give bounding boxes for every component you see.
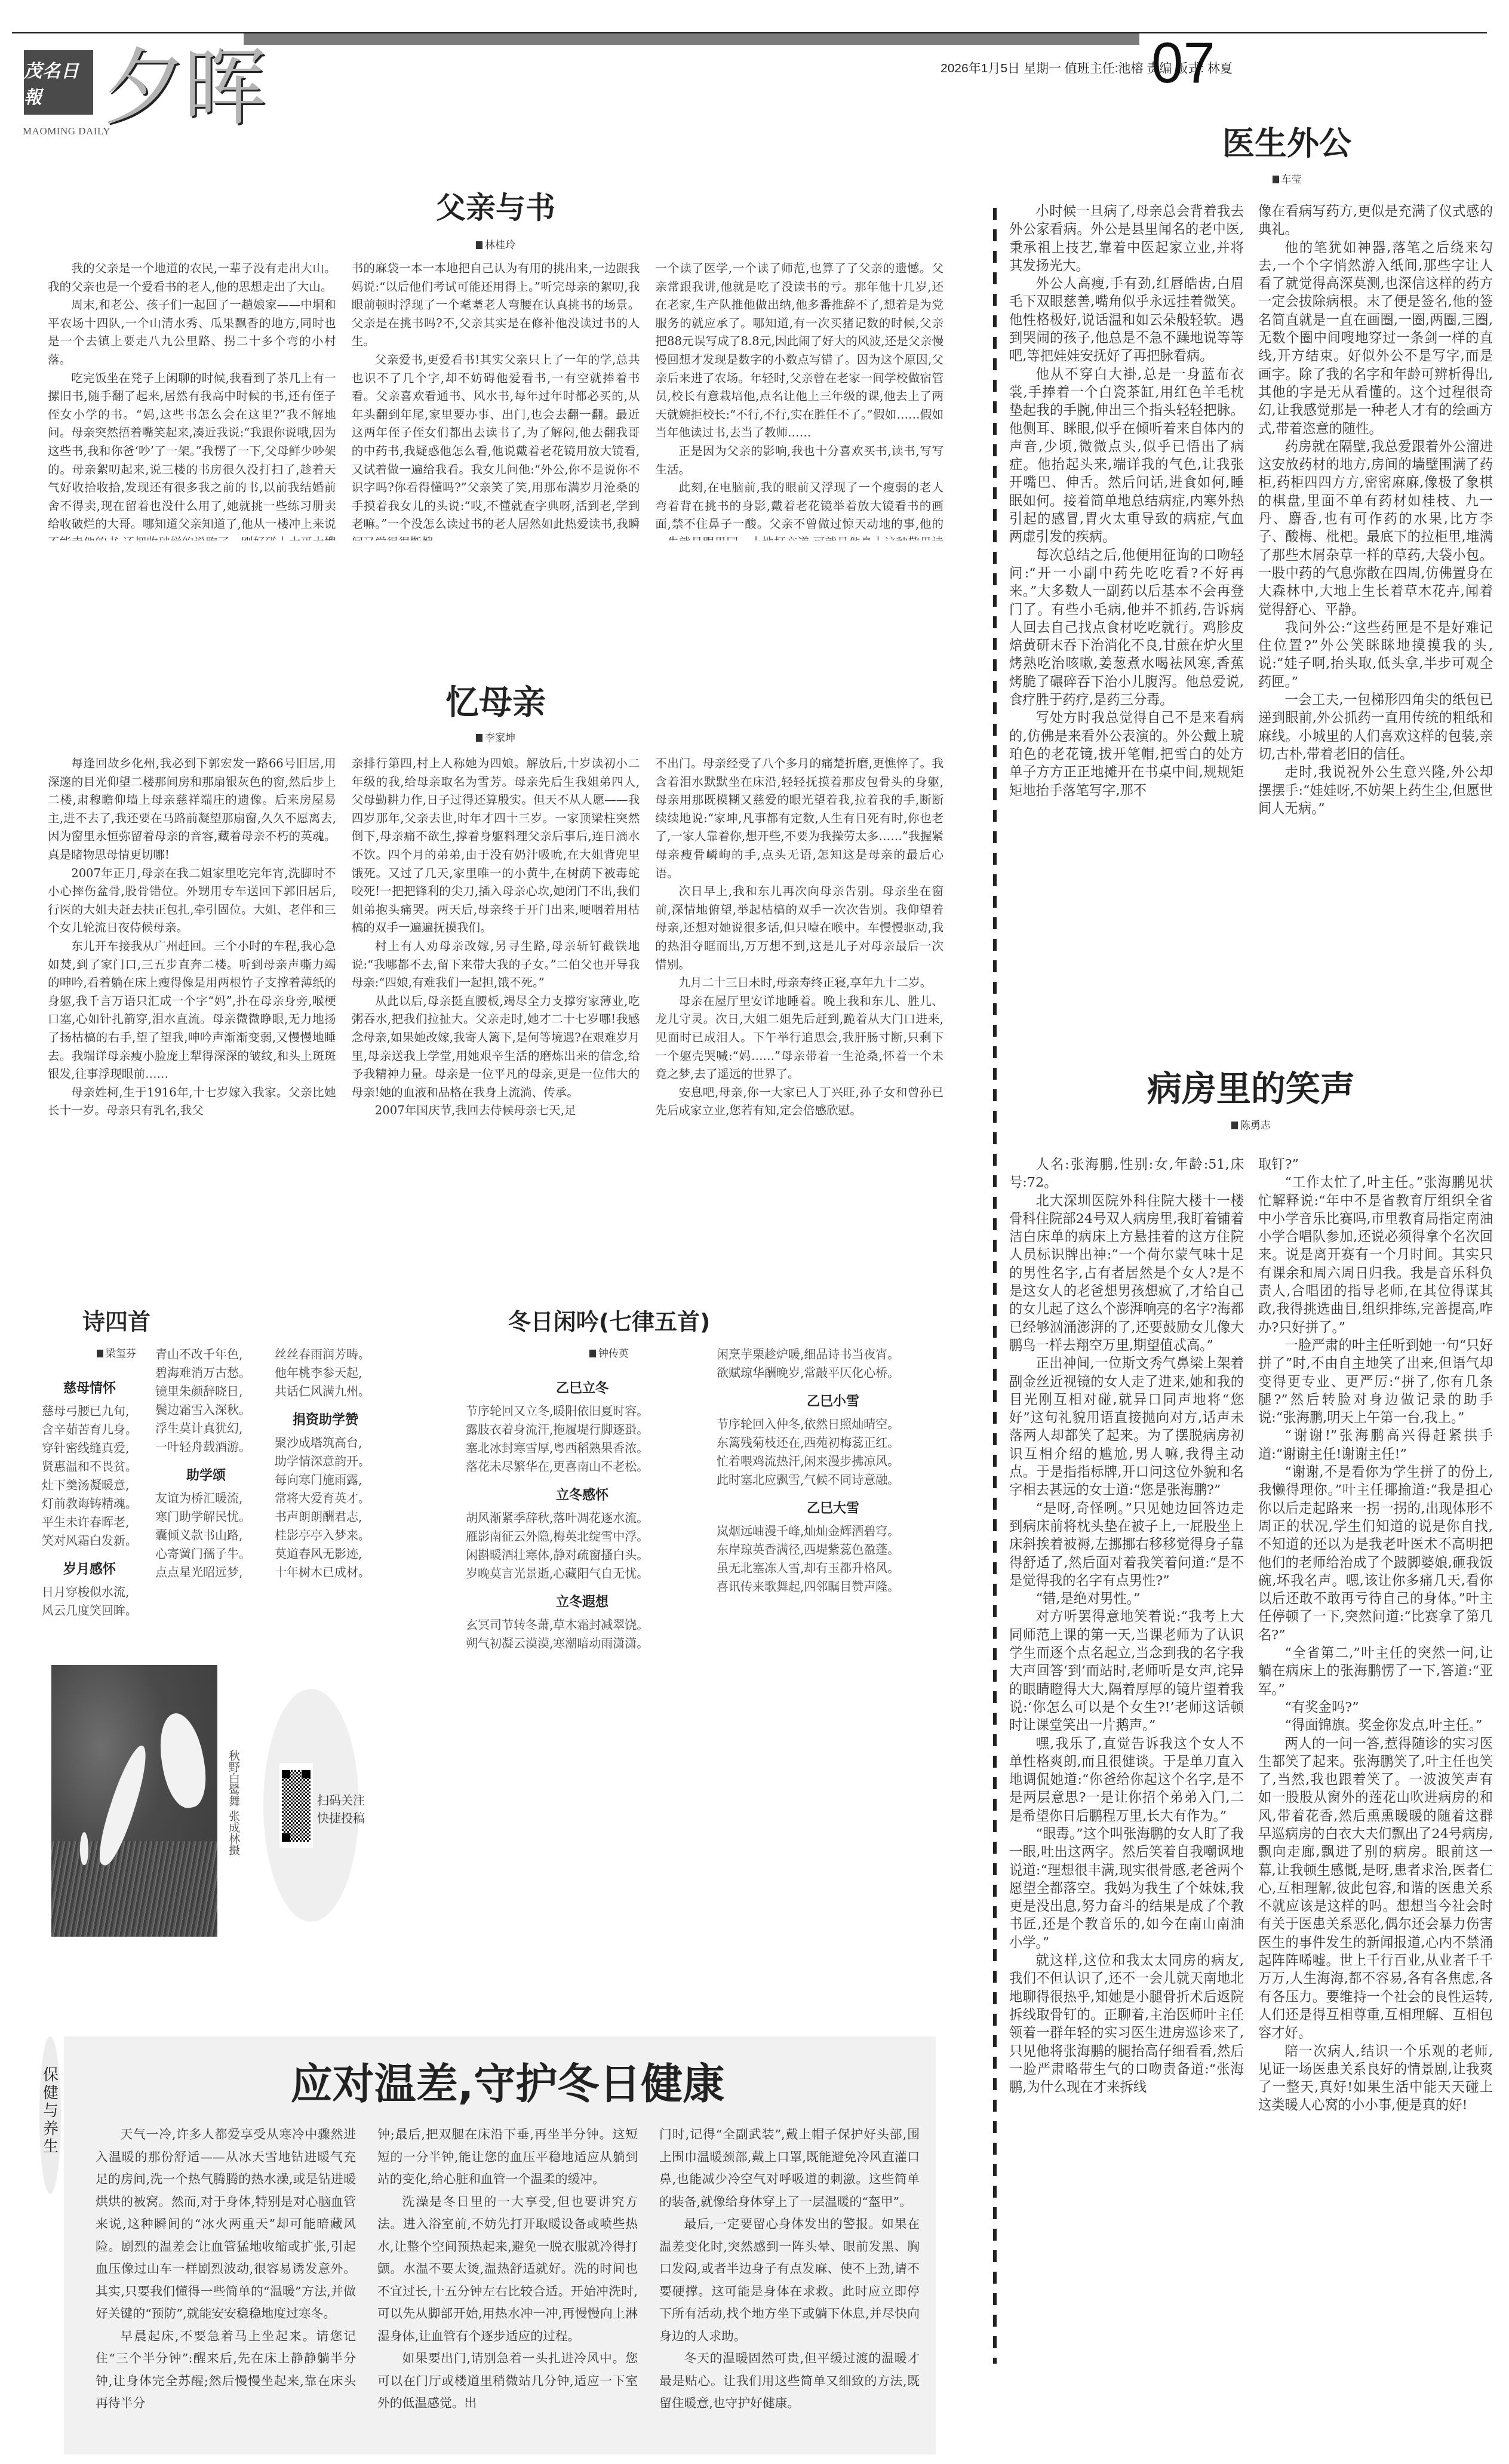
article-body: 人名:张海鹏,性别:女,年龄:51,床号:72。北大深圳医院外科住院大楼十一楼骨… — [1009, 1156, 1493, 2440]
paragraph: 最后,一定要留心身体发出的警报。如果在温差变化时,突然感到一阵头晕、眼前发黑、胸… — [659, 2213, 920, 2348]
poem-line: 莫道春风无影迹, — [275, 1545, 376, 1563]
health-section-label: 保健与养生 — [43, 2066, 57, 2156]
paragraph: 周末,和老公、孩子们一起回了一趟娘家——中垌和平农场十四队,一个山清水秀、瓜果飘… — [48, 296, 336, 369]
byline: 钟传英 — [466, 1345, 752, 1360]
article-title: 医生外公 — [1009, 125, 1493, 162]
poem-title: 岁月感怀 — [42, 1559, 137, 1577]
poem-lines: 丝丝春雨润芳畴。他年桃李参天起,共话仁风满九州。 — [275, 1345, 376, 1401]
paragraph: 药房就在隔壁,我总爱跟着外公溜进这安放药材的地方,房间的墙壁围满了药柜,药柜四四… — [1258, 438, 1493, 619]
photo-grass — [51, 1841, 217, 1937]
poem-line: 忙着喂鸡流热汗,闲来漫步拂凉风。 — [717, 1452, 949, 1471]
page-number: 07 — [1151, 35, 1215, 92]
paragraph: “全省第二,”叶主任的突然一问,让躺在病床上的张海鹏愣了一下,答道:“亚军。” — [1258, 1644, 1493, 1698]
byline: 车莹 — [1009, 171, 1493, 186]
author-name: 李家坤 — [485, 732, 515, 744]
author-name: 车莹 — [1281, 174, 1302, 186]
poem-column: 乙巳立冬 节序轮回又立冬,暖阳依旧夏时容。露肢衣着身流汗,拖履堤行脚逐蛩。塞北冰… — [466, 1374, 699, 1653]
paragraph: 吃完饭坐在凳子上闲聊的时候,我看到了茶几上有一摞旧书,随手翻了起来,居然有我高中… — [48, 370, 336, 540]
author-name: 梁玺芬 — [106, 1348, 136, 1360]
paragraph: 他的笔犹如神器,落笔之后绕来勾去,一个个字悄然游入纸间,那些字让人看了就觉得高深… — [1258, 239, 1493, 438]
article-body: 每逢回故乡化州,我必到下郭宏发一路66号旧居,用深邃的目光仰望二楼那间房和那扇银… — [48, 755, 943, 1233]
paragraph: 天气一冷,许多人都爱享受从寒冷中骤然进入温暖的那份舒适——从冰天雪地钻进暖气充足… — [96, 2124, 356, 2325]
poem-line: 朔气初凝云漠漠,寒潮暗动雨潇潇。 — [466, 1635, 699, 1653]
paragraph: “得面锦旗。奖金你发点,叶主任。” — [1258, 1716, 1493, 1734]
paragraph: “是呀,奇怪咧。”只见她边回答边走到病床前将枕头垫在被子上,一屁股坐上床斜挨着被… — [1009, 1500, 1244, 1590]
byline: 陈勇志 — [1009, 1117, 1493, 1132]
poem-line: 镜里朱颜辞晓日, — [155, 1382, 257, 1401]
poem-line: 雁影南征云外隐,梅英北绽雪中浮。 — [466, 1528, 699, 1546]
poem-line: 慈母弓腰已九旬, — [42, 1402, 137, 1421]
article-column: 不出门。母亲经受了八个多月的痛楚折磨,更憔悴了。我含着泪水默默坐在床沿,轻轻抚摸… — [655, 755, 943, 1233]
section-title: 夕晖 — [103, 47, 263, 130]
article-health: 应对温差,守护冬日健康 天气一冷,许多人都爱享受从寒冷中骤然进入温暖的那份舒适—… — [96, 2059, 920, 2434]
paragraph: 外公人高瘦,手有劲,红唇皓齿,白眉毛下双眼慈善,嘴角似乎永远挂着微笑。他性格极好… — [1009, 275, 1244, 365]
poem-lines: 闲烹芋栗趁炉暖,细品诗书当夜宵。欲赋琼华酬晚岁,常敲平仄化心桥。 — [717, 1345, 949, 1382]
article-column: 钟;最后,把双腿在床沿下垂,再坐半分钟。这短短的一分半钟,能让您的血压平稳地适应… — [377, 2124, 638, 2434]
poem-line: 岚烟远岫漫千峰,灿灿金辉洒碧穹。 — [717, 1522, 949, 1541]
article-title: 父亲与书 — [48, 190, 943, 226]
poem-line: 东岸琼英香满径,西堤紫蕊色盈蓬。 — [717, 1541, 949, 1559]
masthead-bar — [244, 33, 1139, 45]
poem-line: 东篱残菊枝还在,西苑初梅蕊正红。 — [717, 1434, 949, 1452]
poem-line: 塞北冰封寒雪厚,粤西稻熟果香浓。 — [466, 1439, 699, 1458]
poem-line: 丝丝春雨润芳畴。 — [275, 1345, 376, 1364]
poem-line: 落花未尽繁华在,更喜南山不老松。 — [466, 1458, 699, 1476]
qr-label-line: 扫码关注 — [317, 1792, 365, 1809]
photo-caption: 秋野白鹭舞 张成林摄 — [225, 1750, 240, 1855]
poem-line: 风云几度笑回眸。 — [42, 1602, 137, 1620]
poem-lines: 胡风渐紧季辞秋,落叶凋花逐水流。雁影南征云外隐,梅英北绽雪中浮。闲斟暖酒壮寒体,… — [466, 1509, 699, 1583]
poem-line: 十年树木已成材。 — [275, 1563, 376, 1582]
author-name: 钟传英 — [598, 1348, 629, 1360]
author-name: 陈勇志 — [1240, 1120, 1271, 1132]
article-title: 冬日闲吟(七律五首) — [466, 1308, 752, 1335]
paragraph: 亲排行第四,村上人称她为四娘。解放后,十岁读初小二年级的我,给母亲取名为雪芳。母… — [352, 755, 640, 938]
paragraph: 一个读了医学,一个读了师范,也算了了父亲的遗憾。父亲常跟我讲,他就是吃了没读书的… — [655, 260, 943, 443]
poem-title: 乙巳大雪 — [717, 1498, 949, 1516]
poem-column: 丝丝春雨润芳畴。他年桃李参天起,共话仁风满九州。 捐资助学赞 聚沙成塔筑高台,助… — [275, 1345, 376, 1620]
poem-lines: 友谊为桥汇暖流,寒门助学解民忧。囊倾义款书山路,心寄黉门孺子牛。点点星光昭远梦, — [155, 1489, 257, 1582]
poem-columns: 乙巳立冬 节序轮回又立冬,暖阳依旧夏时容。露肢衣着身流汗,拖履堤行脚逐蛩。塞北冰… — [466, 1374, 955, 1653]
poem-column: 青山不改千年色,碧海难消万古愁。镜里朱颜辞晓日,鬓边霜雪入深秋。浮生莫计真犹幻,… — [155, 1345, 257, 1620]
paragraph: 走时,我说祝外公生意兴隆,外公却摆摆手:“娃娃呀,不妨架上药生尘,但愿世间人无病… — [1258, 763, 1493, 818]
paragraph: 每逢回故乡化州,我必到下郭宏发一路66号旧居,用深邃的目光仰望二楼那间房和那扇银… — [48, 755, 336, 865]
poem-line: 含辛茹苦育儿身。 — [42, 1421, 137, 1439]
poem-line: 桂影亭亭入梦来。 — [275, 1526, 376, 1545]
poem-title: 乙巳立冬 — [466, 1378, 699, 1396]
paragraph: 从此以后,母亲挺直腰板,竭尽全力支撑穷家薄业,吃粥吞水,把我们拉扯大。父亲走时,… — [352, 993, 640, 1102]
poem-line: 囊倾义款书山路, — [155, 1526, 257, 1545]
paragraph: 父亲爱书,更爱看书!其实父亲只上了一年的学,总共也识不了几个字,却不妨碍他爱看书… — [352, 351, 640, 540]
paragraph: 人名:张海鹏,性别:女,年龄:51,床号:72。 — [1009, 1156, 1244, 1192]
article-title: 诗四首 — [42, 1308, 191, 1335]
poem-line: 点点星光昭远梦, — [155, 1563, 257, 1582]
poem-line: 聚沙成塔筑高台, — [275, 1434, 376, 1452]
article-four-poems: 诗四首 梁玺芬 慈母情怀 慈母弓腰已九旬,含辛茹苦育儿身。穿针密线缝真爱,贤惠温… — [42, 1308, 400, 1620]
poem-lines: 青山不改千年色,碧海难消万古愁。镜里朱颜辞晓日,鬓边霜雪入深秋。浮生莫计真犹幻,… — [155, 1345, 257, 1457]
poem-column: 慈母情怀 慈母弓腰已九旬,含辛茹苦育儿身。穿针密线缝真爱,贤惠温和不畏贫。灶下羹… — [42, 1374, 137, 1620]
paragraph: 2007年国庆节,我回去侍候母亲七天,足 — [352, 1102, 640, 1120]
paragraph: 母亲姓柯,生于1916年,十七岁嫁入我家。父亲比她长十一岁。母亲只有乳名,我父 — [48, 1084, 336, 1120]
paragraph: 钟;最后,把双腿在床沿下垂,再坐半分钟。这短短的一分半钟,能让您的血压平稳地适应… — [377, 2124, 638, 2191]
article-column: 小时候一旦病了,母亲总会背着我去外公家看病。外公是县里闻名的老中医,秉承祖上技艺… — [1009, 202, 1244, 937]
article-winter-poems: 冬日闲吟(七律五首) 钟传英 乙巳立冬 节序轮回又立冬,暖阳依旧夏时容。露肢衣着… — [466, 1308, 955, 1653]
poem-line: 常将大爱育英才。 — [275, 1489, 376, 1508]
paragraph: 此刻,在电脑前,我的眼前又浮现了一个瘦弱的老人弯着背在挑书的身影,戴着老花镜举着… — [655, 479, 943, 540]
poem-line: 青山不改千年色, — [155, 1345, 257, 1364]
egret-photo — [51, 1665, 217, 1937]
article-column: 像在看病写药方,更似是充满了仪式感的典礼。他的笔犹如神器,落笔之后绕来勾去,一个… — [1258, 202, 1493, 937]
paragraph: 正出神间,一位斯文秀气鼻梁上架着副金丝近视镜的女人走了进来,她和我的目光刚互相对… — [1009, 1354, 1244, 1499]
poem-line: 友谊为桥汇暖流, — [155, 1489, 257, 1508]
poem-line: 贤惠温和不畏贫。 — [42, 1458, 137, 1476]
paragraph: “错,是绝对男性。” — [1009, 1590, 1244, 1608]
paragraph: 两人的一问一答,惹得随诊的实习医生都笑了起来。张海鹏笑了,叶主任也笑了,当然,我… — [1258, 1735, 1493, 2042]
paragraph: “有奖金吗?” — [1258, 1698, 1493, 1716]
poem-line: 欲赋琼华酬晚岁,常敲平仄化心桥。 — [717, 1364, 949, 1382]
article-body: 小时候一旦病了,母亲总会背着我去外公家看病。外公是县里闻名的老中医,秉承祖上技艺… — [1009, 202, 1493, 937]
paragraph: 正是因为父亲的影响,我也十分喜欢买书,读书,写写生活。 — [655, 443, 943, 479]
paragraph: 村上有人劝母亲改嫁,另寻生路,母亲斩钉截铁地说:“我哪都不去,留下来带大我的子女… — [352, 938, 640, 993]
paragraph: 早晨起床,不要急着马上坐起来。请您记住“三个半分钟”:醒来后,先在床上静静躺半分… — [96, 2325, 356, 2415]
byline-marker-icon — [476, 734, 482, 742]
qr-code-icon — [282, 1770, 311, 1842]
poem-line: 节序轮回入仲冬,依然日照灿晴空。 — [717, 1415, 949, 1434]
article-column: 亲排行第四,村上人称她为四娘。解放后,十岁读初小二年级的我,给母亲取名为雪芳。母… — [352, 755, 640, 1233]
poem-lines: 聚沙成塔筑高台,助学情深意韵开。每向寒门施雨露,常将大爱育英才。书声朗朗酬君志,… — [275, 1434, 376, 1582]
byline-marker-icon — [476, 241, 482, 249]
poem-line: 玄冥司节转冬萧,草木霜封减翠饶。 — [466, 1616, 699, 1635]
poem-line: 每向寒门施雨露, — [275, 1471, 376, 1489]
poem-line: 虽无北塞冻人雪,却有玉都升格风。 — [717, 1559, 949, 1578]
article-column: 门时,记得“全副武装”,戴上帽子保护好头部,围上围巾温暖颈部,戴上口罩,既能避免… — [659, 2124, 920, 2434]
paragraph: 东儿开车接我从广州赶回。三个小时的车程,我心急如焚,到了家门口,三五步直奔二楼。… — [48, 938, 336, 1084]
paragraph: 我问外公:“这些药匣是不是好难记住位置?”外公笑眯眯地摸摸我的头,说:“娃子啊,… — [1258, 619, 1493, 691]
poem-line: 日月穿梭似水流, — [42, 1583, 137, 1602]
article-column: 人名:张海鹏,性别:女,年龄:51,床号:72。北大深圳医院外科住院大楼十一楼骨… — [1009, 1156, 1244, 2440]
article-ward-laughter: 病房里的笑声 陈勇志 人名:张海鹏,性别:女,年龄:51,床号:72。北大深圳医… — [1009, 1069, 1493, 2440]
paragraph: 2007年正月,母亲在我二姐家里吃完年宵,洗脚时不小心摔伤盆骨,股骨错位。外甥用… — [48, 865, 336, 938]
poem-column: 闲烹芋栗趁炉暖,细品诗书当夜宵。欲赋琼华酬晚岁,常敲平仄化心桥。 乙巳小雪 节序… — [717, 1345, 949, 1653]
poem-title: 立冬感怀 — [466, 1485, 699, 1503]
poem-lines: 慈母弓腰已九旬,含辛茹苦育儿身。穿针密线缝真爱,贤惠温和不畏贫。灶下羹汤凝暖意,… — [42, 1402, 137, 1550]
poem-line: 一叶轻舟载酒游。 — [155, 1438, 257, 1457]
paragraph: 母亲在屋厅里安详地睡着。晚上我和东儿、胜儿、龙儿守灵。次日,大姐二姐先后赶到,跪… — [655, 993, 943, 1084]
paragraph: 一会工夫,一包梯形四角尖的纸包已递到眼前,外公抓药一直用传统的粗纸和麻线。小城里… — [1258, 691, 1493, 763]
article-doctor-grandpa: 医生外公 车莹 小时候一旦病了,母亲总会背着我去外公家看病。外公是县里闻名的老中… — [1009, 125, 1493, 937]
poem-line: 鬓边霜雪入深秋。 — [155, 1401, 257, 1420]
poem-lines: 节序轮回又立冬,暖阳依旧夏时容。露肢衣着身流汗,拖履堤行脚逐蛩。塞北冰封寒雪厚,… — [466, 1402, 699, 1476]
poem-line: 浮生莫计真犹幻, — [155, 1420, 257, 1438]
poem-title: 捐资助学赞 — [275, 1409, 376, 1428]
logo-english: MAOMING DAILY — [23, 125, 96, 137]
poem-title: 慈母情怀 — [42, 1378, 137, 1396]
poem-line: 平生未许春晖老, — [42, 1513, 137, 1532]
paragraph: 北大深圳医院外科住院大楼十一楼骨科住院部24号双人病房里,我盯着铺着洁白床单的病… — [1009, 1192, 1244, 1355]
byline: 林桂玲 — [48, 236, 943, 251]
byline-marker-icon — [589, 1350, 596, 1357]
poem-line: 岁晚莫言光景逝,心藏阳气自无忧。 — [466, 1565, 699, 1583]
poem-line: 灯前教诲铸精魂。 — [42, 1495, 137, 1513]
poem-line: 寒门助学解民忧。 — [155, 1508, 257, 1526]
poem-line: 灶下羹汤凝暖意, — [42, 1476, 137, 1495]
article-column: 书的麻袋一本一本地把自己认为有用的挑出来,一边跟我妈说:“以后他们考试可能还用得… — [352, 260, 640, 540]
poem-line: 节序轮回又立冬,暖阳依旧夏时容。 — [466, 1402, 699, 1421]
article-title: 应对温差,守护冬日健康 — [96, 2059, 920, 2109]
paragraph: “工作太忙了,叶主任。”张海鹏见状忙解释说:“年中不是省教育厅组织全省中小学音乐… — [1258, 1173, 1493, 1337]
paragraph: 就这样,这位和我太太同房的病友,我们不但认识了,还不一会儿就天南地北地聊得很热乎… — [1009, 1952, 1244, 2096]
article-title: 忆母亲 — [48, 684, 943, 722]
paragraph: 不出门。母亲经受了八个多月的痛楚折磨,更憔悴了。我含着泪水默默坐在床沿,轻轻抚摸… — [655, 755, 943, 883]
article-column: 天气一冷,许多人都爱享受从寒冷中骤然进入温暖的那份舒适——从冰天雪地钻进暖气充足… — [96, 2124, 356, 2434]
paragraph: 小时候一旦病了,母亲总会背着我去外公家看病。外公是县里闻名的老中医,秉承祖上技艺… — [1009, 202, 1244, 275]
paragraph: 冬天的温暖固然可贵,但平缓过渡的温暖才最是贴心。让我们用这些简单又细致的方法,既… — [659, 2348, 920, 2415]
newspaper-logo: 茂名日報 — [24, 50, 93, 115]
poem-line: 露肢衣着身流汗,拖履堤行脚逐蛩。 — [466, 1421, 699, 1439]
article-column: 取钉?”“工作太忙了,叶主任。”张海鹏见状忙解释说:“年中不是省教育厅组织全省中… — [1258, 1156, 1493, 2440]
paragraph: 他从不穿白大褂,总是一身蓝布衣裳,手捧着一个白瓷茶缸,用红色羊毛枕垫起我的手腕,… — [1009, 365, 1244, 546]
paragraph: “谢谢!”张海鹏高兴得赶紧拱手道:“谢谢主任!谢谢主任!” — [1258, 1427, 1493, 1463]
paragraph: 写处方时我总觉得自己不是来看病的,仿佛是来看外公表演的。外公戴上琥珀色的老花镜,… — [1009, 709, 1244, 799]
byline-marker-icon — [1273, 176, 1279, 183]
byline: 李家坤 — [48, 729, 943, 744]
logo-text: 茂名日報 — [24, 56, 93, 109]
poem-line: 碧海难消万古愁。 — [155, 1364, 257, 1382]
paragraph: 像在看病写药方,更似是充满了仪式感的典礼。 — [1258, 202, 1493, 239]
paragraph: 九月二十三日未时,母亲寿终正寝,享年九十二岁。 — [655, 974, 943, 993]
poem-lines: 玄冥司节转冬萧,草木霜封减翠饶。朔气初凝云漠漠,寒潮暗动雨潇潇。 — [466, 1616, 699, 1653]
poem-title: 助学颂 — [155, 1465, 257, 1483]
article-body: 我的父亲是一个地道的农民,一辈子没有走出大山。我的父亲也是一个爱看书的老人,他的… — [48, 260, 943, 540]
egret-figure — [80, 1832, 88, 1865]
paragraph: 洗澡是冬日里的一大享受,但也要讲究方法。进入浴室前,不妨先打开取暖设备或喷些热水… — [377, 2191, 638, 2348]
poem-lines: 岚烟远岫漫千峰,灿灿金辉洒碧穹。东岸琼英香满径,西堤紫蕊色盈蓬。虽无北塞冻人雪,… — [717, 1522, 949, 1596]
paragraph: 次日早上,我和东儿再次向母亲告别。母亲坐在窗前,深情地俯望,举起枯槁的双手一次次… — [655, 883, 943, 974]
byline-marker-icon — [97, 1350, 103, 1357]
paragraph: 门时,记得“全副武装”,戴上帽子保护好头部,围上围巾温暖颈部,戴上口罩,既能避免… — [659, 2124, 920, 2213]
poem-title: 立冬遐想 — [466, 1592, 699, 1610]
qr-code[interactable] — [279, 1763, 313, 1848]
poem-line: 此时塞北应飘雪,气候不同诗意融。 — [717, 1471, 949, 1489]
poem-line: 穿针密线缝真爱, — [42, 1439, 137, 1458]
paragraph: 我的父亲是一个地道的农民,一辈子没有走出大山。我的父亲也是一个爱看书的老人,他的… — [48, 260, 336, 296]
paragraph: 取钉?” — [1258, 1156, 1493, 1173]
author-name: 林桂玲 — [485, 239, 515, 251]
paragraph: 嘿,我乐了,直觉告诉我这个女人不单性格爽朗,而且很健谈。于是单刀直入地调侃她道:… — [1009, 1735, 1244, 1825]
poem-line: 闲斟暖酒壮寒体,静对疏窗搔白头。 — [466, 1546, 699, 1565]
paragraph: 陪一次病人,结识一个乐观的老师,见证一场医患关系良好的情景剧,让我爽了一整天,真… — [1258, 2042, 1493, 2115]
article-father-books: 父亲与书 林桂玲 我的父亲是一个地道的农民,一辈子没有走出大山。我的父亲也是一个… — [48, 190, 943, 540]
paragraph: 一脸严肃的叶主任听到她一句“只好拼了”时,不由自主地笑了出来,但语气却变得更专业… — [1258, 1337, 1493, 1427]
qr-label: 扫码关注 快捷投稿 — [317, 1792, 365, 1827]
article-column: 每逢回故乡化州,我必到下郭宏发一路66号旧居,用深邃的目光仰望二楼那间房和那扇银… — [48, 755, 336, 1233]
byline-marker-icon — [1231, 1122, 1238, 1129]
paragraph: 书的麻袋一本一本地把自己认为有用的挑出来,一边跟我妈说:“以后他们考试可能还用得… — [352, 260, 640, 351]
poem-columns: 慈母情怀 慈母弓腰已九旬,含辛茹苦育儿身。穿针密线缝真爱,贤惠温和不畏贫。灶下羹… — [42, 1374, 400, 1620]
paragraph: 对方听罢得意地笑着说:“我考上大同师范上课的第一天,当课老师为了认识学生而逐个点… — [1009, 1608, 1244, 1734]
poem-line: 心寄黉门孺子牛。 — [155, 1545, 257, 1563]
article-column: 我的父亲是一个地道的农民,一辈子没有走出大山。我的父亲也是一个爱看书的老人,他的… — [48, 260, 336, 540]
article-remember-mother: 忆母亲 李家坤 每逢回故乡化州,我必到下郭宏发一路66号旧居,用深邃的目光仰望二… — [48, 684, 943, 1233]
poem-title: 乙巳小雪 — [717, 1391, 949, 1409]
poem-line: 笑对风霜白发新。 — [42, 1532, 137, 1550]
qr-label-line: 快捷投稿 — [317, 1809, 365, 1827]
paragraph: 安息吧,母亲,你一大家已人丁兴旺,孙子女和曾孙已先后成家立业,您若有知,定会倍感… — [655, 1084, 943, 1120]
column-divider — [993, 208, 997, 2364]
poem-line: 共话仁风满九州。 — [275, 1382, 376, 1401]
paragraph: 如果要出门,请别急着一头扎进冷风中。您可以在门厅或楼道里稍微站几分钟,适应一下室… — [377, 2348, 638, 2415]
poem-line: 助学情深意韵开。 — [275, 1452, 376, 1471]
poem-lines: 日月穿梭似水流,风云几度笑回眸。 — [42, 1583, 137, 1620]
paragraph: “眼毒。”这个叫张海鹏的女人盯了我一眼,吐出这两字。然后笑着自我嘲讽地说道:“理… — [1009, 1825, 1244, 1952]
article-column: 一个读了医学,一个读了师范,也算了了父亲的遗憾。父亲常跟我讲,他就是吃了没读书的… — [655, 260, 943, 540]
poem-line: 胡风渐紧季辞秋,落叶凋花逐水流。 — [466, 1509, 699, 1528]
poem-line: 闲烹芋栗趁炉暖,细品诗书当夜宵。 — [717, 1345, 949, 1364]
paragraph: 每次总结之后,他便用征询的口吻轻问:“开一小副中药先吃吃看?不好再来。”大多数人… — [1009, 546, 1244, 709]
article-body: 天气一冷,许多人都爱享受从寒冷中骤然进入温暖的那份舒适——从冰天雪地钻进暖气充足… — [96, 2124, 920, 2434]
article-title: 病房里的笑声 — [1009, 1069, 1493, 1108]
poem-line: 喜讯传来歌舞起,四邻瞩目赞声隆。 — [717, 1578, 949, 1596]
egret-figure — [154, 1710, 212, 1811]
poem-line: 他年桃李参天起, — [275, 1364, 376, 1382]
paragraph: “谢谢,不是看你为学生拼了的份上,我懒得理你。”叶主任揶揄道:“我是担心你以后走… — [1258, 1463, 1493, 1644]
poem-line: 书声朗朗酬君志, — [275, 1508, 376, 1526]
poem-lines: 节序轮回入仲冬,依然日照灿晴空。东篱残菊枝还在,西苑初梅蕊正红。忙着喂鸡流热汗,… — [717, 1415, 949, 1489]
